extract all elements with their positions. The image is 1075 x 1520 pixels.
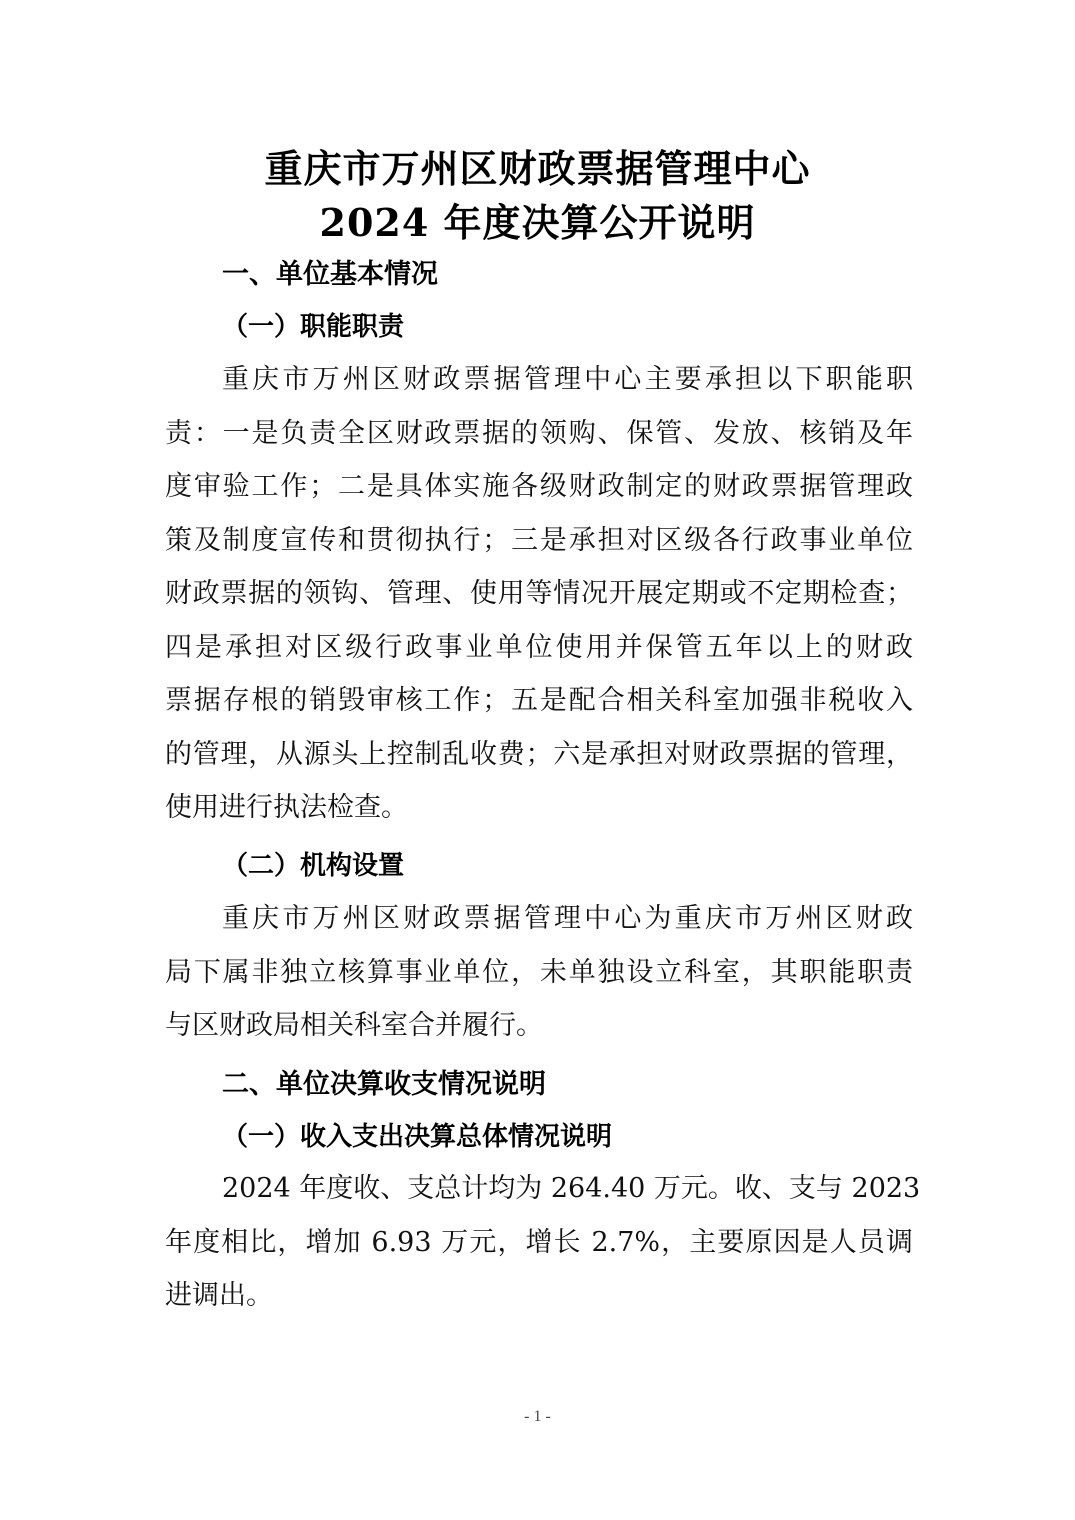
subsection-heading-functions: （一）职能职责 <box>222 306 404 343</box>
document-title-line1: 重庆市万州区财政票据管理中心 <box>0 138 1075 193</box>
subsection-heading-organization: （二）机构设置 <box>222 845 404 882</box>
paragraph-functions: 重庆市万州区财政票据管理中心主要承担以下职能职 责：一是负责全区财政票据的领购、… <box>165 353 913 835</box>
paragraph-line: 年度相比，增加 6.93 万元，增长 2.7%，主要原因是人员调 <box>165 1216 913 1270</box>
paragraph-line: 重庆市万州区财政票据管理中心为重庆市万州区财政 <box>165 892 913 946</box>
paragraph-line: 使用进行执法检查。 <box>165 781 913 835</box>
paragraph-line: 2024 年度收、支总计均为 264.40 万元。收、支与 2023 <box>165 1162 913 1216</box>
page-number: - 1 - <box>0 1408 1075 1426</box>
section-heading-basic-info: 一、单位基本情况 <box>222 252 438 291</box>
paragraph-line: 策及制度宣传和贯彻执行；三是承担对区级各行政事业单位 <box>165 514 913 568</box>
paragraph-line: 进调出。 <box>165 1269 913 1323</box>
paragraph-line: 票据存根的销毁审核工作；五是配合相关科室加强非税收入 <box>165 674 913 728</box>
section-heading-budget: 二、单位决算收支情况说明 <box>222 1062 546 1101</box>
document-title-line2: 2024 年度决算公开说明 <box>0 192 1075 247</box>
paragraph-line: 重庆市万州区财政票据管理中心主要承担以下职能职 <box>165 353 913 407</box>
paragraph-income-expenditure: 2024 年度收、支总计均为 264.40 万元。收、支与 2023 年度相比，… <box>165 1162 913 1323</box>
paragraph-organization: 重庆市万州区财政票据管理中心为重庆市万州区财政 局下属非独立核算事业单位，未单独… <box>165 892 913 1053</box>
paragraph-line: 度审验工作；二是具体实施各级财政制定的财政票据管理政 <box>165 460 913 514</box>
paragraph-line: 与区财政局相关科室合并履行。 <box>165 999 913 1053</box>
paragraph-line: 的管理，从源头上控制乱收费；六是承担对财政票据的管理， <box>165 728 913 782</box>
paragraph-line: 局下属非独立核算事业单位，未单独设立科室，其职能职责 <box>165 946 913 1000</box>
subsection-heading-income-expenditure: （一）收入支出决算总体情况说明 <box>222 1116 612 1153</box>
document-page: 重庆市万州区财政票据管理中心 2024 年度决算公开说明 一、单位基本情况 （一… <box>0 0 1075 1520</box>
paragraph-line: 四是承担对区级行政事业单位使用并保管五年以上的财政 <box>165 621 913 675</box>
paragraph-line: 财政票据的领钩、管理、使用等情况开展定期或不定期检查； <box>165 567 913 621</box>
paragraph-line: 责：一是负责全区财政票据的领购、保管、发放、核销及年 <box>165 407 913 461</box>
